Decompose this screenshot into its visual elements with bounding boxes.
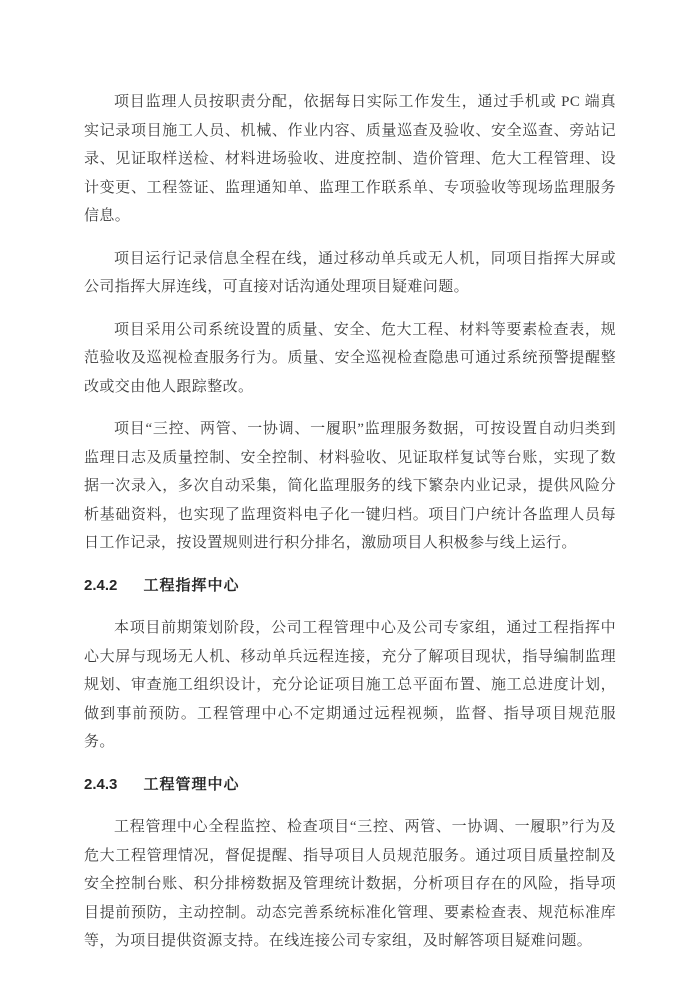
paragraph-management-center: 工程管理中心全程监控、检查项目“三控、两管、一协调、一履职”行为及危大工程管理情… — [84, 813, 616, 956]
section-heading-242: 2.4.2 工程指挥中心 — [84, 572, 616, 601]
paragraph-online-record: 项目运行记录信息全程在线，通过移动单兵或无人机，同项目指挥大屏或公司指挥大屏连线… — [84, 245, 616, 302]
section-title: 工程指挥中心 — [144, 572, 240, 601]
paragraph-service-data: 项目“三控、两管、一协调、一履职”监理服务数据，可按设置自动归类到监理日志及质量… — [84, 415, 616, 558]
section-number: 2.4.3 — [84, 771, 117, 800]
paragraph-checklist: 项目采用公司系统设置的质量、安全、危大工程、材料等要素检查表，规范验收及巡视检查… — [84, 316, 616, 402]
document-page: 项目监理人员按职责分配，依据每日实际工作发生，通过手机或 PC 端真实记录项目施… — [0, 0, 700, 990]
document-content: 项目监理人员按职责分配，依据每日实际工作发生，通过手机或 PC 端真实记录项目施… — [84, 88, 616, 970]
section-heading-243: 2.4.3 工程管理中心 — [84, 771, 616, 800]
section-number: 2.4.2 — [84, 572, 117, 601]
paragraph-command-center: 本项目前期策划阶段，公司工程管理中心及公司专家组，通过工程指挥中心大屏与现场无人… — [84, 614, 616, 757]
paragraph-site-record: 项目监理人员按职责分配，依据每日实际工作发生，通过手机或 PC 端真实记录项目施… — [84, 88, 616, 231]
section-title: 工程管理中心 — [144, 771, 240, 800]
